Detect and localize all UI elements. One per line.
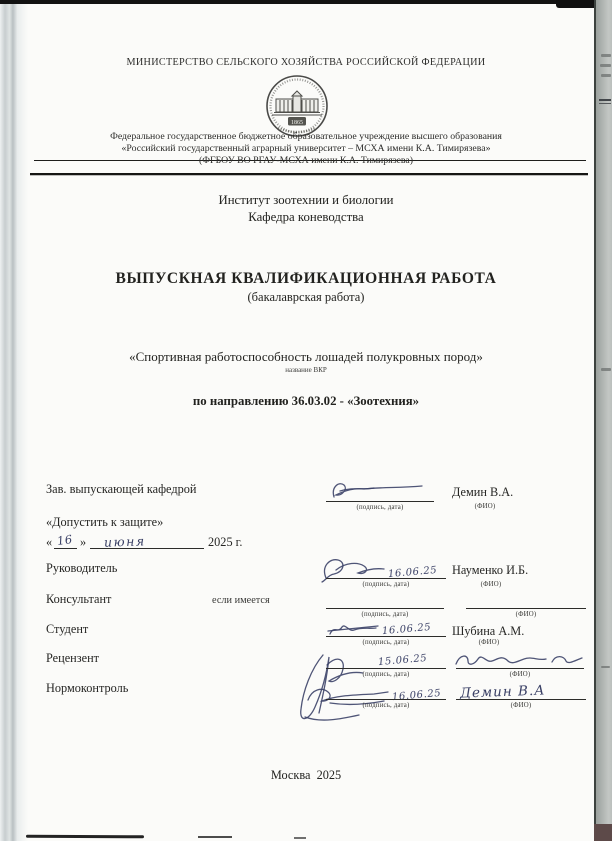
date-open-quote: «: [46, 535, 52, 550]
reviewer-label: Рецензент: [46, 651, 99, 666]
sign-date-caption: (подпись, дата): [326, 702, 446, 709]
bleedthrough-mark: [601, 74, 611, 77]
admit-year: 2025 г.: [208, 535, 242, 550]
left-scan-edge: [0, 0, 28, 841]
sign-date-caption: (подпись, дата): [326, 581, 446, 588]
bleedthrough-mark: [600, 64, 611, 67]
work-type-title: ВЫПУСКНАЯ КВАЛИФИКАЦИОННАЯ РАБОТА: [30, 270, 582, 288]
reviewer-handwritten-date: 15.06.25: [378, 653, 428, 668]
emblem-building: [272, 91, 322, 115]
institute-line: Институт зоотехнии и биологии: [30, 193, 582, 208]
student-name: Шубина А.М.: [452, 624, 524, 639]
thesis-title: «Спортивная работоспособность лошадей по…: [30, 349, 582, 365]
fio-caption: (ФИО): [466, 611, 586, 618]
institution-line3: (ФГБОУ ВО РГАУ-МСХА имени К.А. Тимирязев…: [30, 155, 582, 166]
bleedthrough-mark: [601, 54, 611, 57]
head-name: Демин В.А.: [452, 485, 513, 500]
fio-caption: (ФИО): [452, 581, 530, 588]
head-of-department-label: Зав. выпускающей кафедрой: [46, 482, 197, 497]
fio-caption: (ФИО): [456, 702, 586, 709]
city-year-line: Москва 2025: [30, 768, 582, 783]
normcontrol-handwritten-name: Демин В.А: [460, 683, 546, 702]
sign-date-caption: (подпись, дата): [326, 611, 444, 618]
bleedthrough-mark: [599, 99, 611, 101]
bottom-scan-smudge: [198, 836, 232, 838]
reviewer-signature-line: [326, 668, 446, 669]
right-scan-strip: [594, 0, 612, 841]
student-handwritten-date: 16.06.25: [382, 622, 432, 637]
bleedthrough-mark: [599, 103, 611, 104]
consultant-label: Консультант: [46, 592, 111, 607]
reviewer-name-handwriting-ink: [452, 650, 586, 670]
day-underline: [54, 548, 77, 549]
supervisor-label: Руководитель: [46, 561, 117, 576]
consultant-note: если имеется: [212, 595, 270, 606]
normcontrol-handwritten-date: 16.06.25: [392, 688, 442, 703]
student-label: Студент: [46, 622, 88, 637]
ministry-line: МИНИСТЕРСТВО СЕЛЬСКОГО ХОЗЯЙСТВА РОССИЙС…: [30, 57, 582, 68]
month-underline: [90, 548, 204, 549]
consultant-signature-line: [326, 608, 444, 609]
date-close-quote: »: [80, 535, 86, 550]
student-signature-line: [326, 636, 446, 637]
sign-date-caption: (подпись, дата): [326, 504, 434, 511]
program-line: по направлению 36.03.02 - «Зоотехния»: [30, 394, 582, 409]
admit-to-defense-line: «Допустить к защите»: [46, 515, 163, 530]
normcontrol-label: Нормоконтроль: [46, 681, 128, 696]
scanned-title-page: МИНИСТЕРСТВО СЕЛЬСКОГО ХОЗЯЙСТВА РОССИЙС…: [0, 0, 612, 841]
normcontrol-signature-line: [326, 699, 446, 700]
work-subtype: (бакалаврская работа): [30, 290, 582, 305]
supervisor-signature-line: [326, 578, 446, 579]
department-line: Кафедра коневодства: [30, 210, 582, 225]
institution-line1: Федеральное государственное бюджетное об…: [30, 131, 582, 142]
top-scan-edge: [0, 0, 612, 4]
bottom-scan-smudge: [26, 835, 144, 839]
institution-line2: «Российский государственный аграрный уни…: [30, 143, 582, 154]
bleedthrough-mark: [601, 666, 610, 668]
emblem-year: 1865: [291, 120, 303, 126]
thesis-title-caption: название ВКР: [30, 366, 582, 374]
fio-caption: (ФИО): [452, 639, 526, 646]
fio-caption: (ФИО): [452, 503, 518, 510]
bottom-scan-smudge: [294, 837, 306, 839]
supervisor-name: Науменко И.Б.: [452, 563, 528, 578]
letterhead-rule-thick: [30, 173, 588, 175]
bleedthrough-mark: [601, 368, 611, 371]
reviewer-signature-ink: [293, 643, 383, 723]
consultant-fio-line: [466, 608, 586, 609]
head-signature-line: [326, 501, 434, 502]
handwritten-day: 16: [56, 532, 73, 548]
fio-caption: (ФИО): [456, 671, 584, 678]
bottom-right-scan-mark: [594, 824, 612, 841]
sign-date-caption: (подпись, дата): [326, 671, 446, 678]
emblem-year-banner: 1865: [288, 117, 306, 126]
head-signature-ink: [326, 479, 444, 503]
